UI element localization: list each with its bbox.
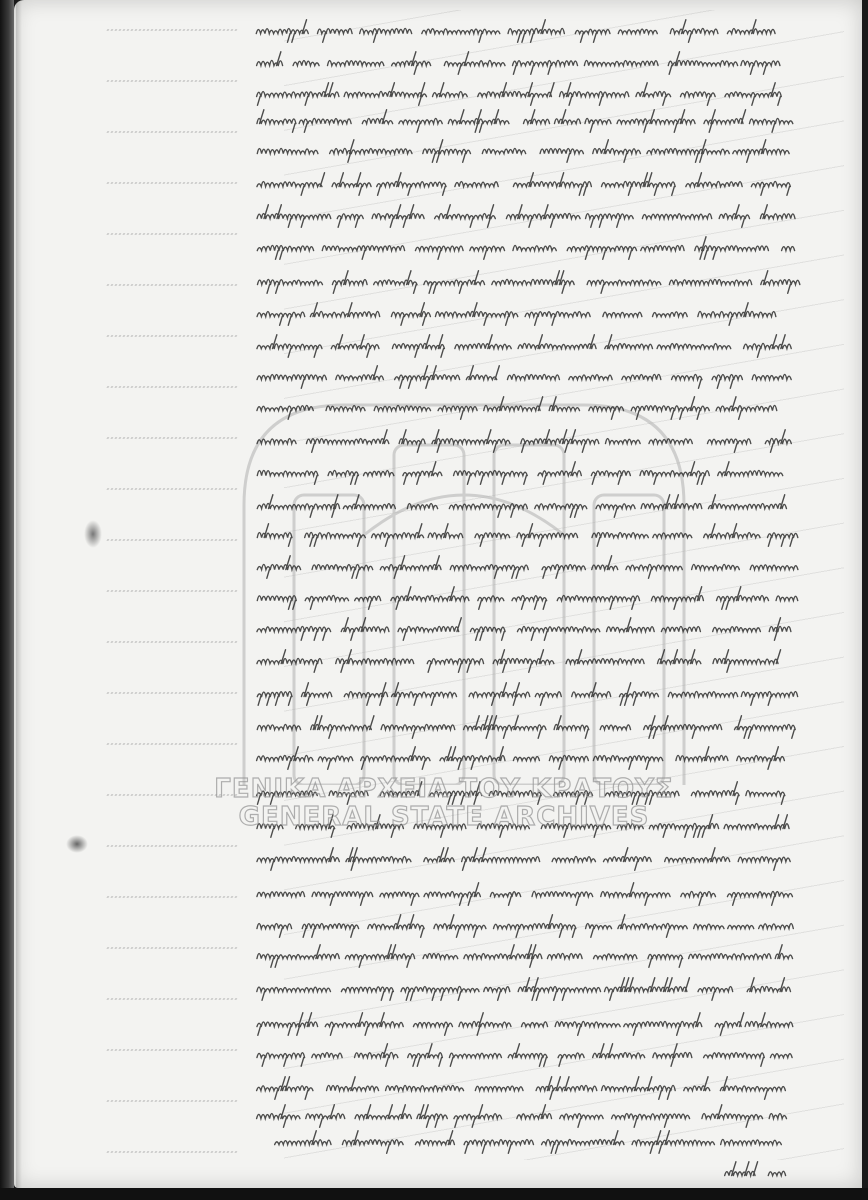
handwritten-line	[216, 138, 835, 160]
ink-blot	[84, 520, 102, 548]
handwritten-line	[216, 235, 835, 257]
handwritten-line	[216, 493, 835, 515]
handwritten-line	[216, 943, 830, 965]
handwritten-line	[216, 1075, 825, 1097]
page-fold-shadow	[16, 0, 22, 1188]
handwritten-line	[216, 171, 830, 193]
handwritten-line	[216, 616, 830, 638]
manuscript-page: ΓΕΝΙΚΑ ΑΡΧΕΙΑ ΤΟΥ ΚΡΑΤΟΥΣ GENERAL STATE …	[14, 0, 862, 1188]
handwritten-line	[216, 846, 830, 868]
handwritten-line	[216, 18, 820, 40]
handwritten-line	[235, 1129, 830, 1151]
handwritten-line	[216, 714, 835, 736]
handwritten-line	[216, 1042, 830, 1064]
handwritten-line	[216, 913, 830, 935]
handwritten-line	[216, 1011, 830, 1033]
ink-blot	[66, 835, 88, 853]
handwritten-line	[216, 364, 832, 386]
handwritten-line	[216, 648, 830, 670]
handwritten-line	[216, 554, 835, 576]
handwritten-line	[216, 333, 830, 355]
handwritten-line	[216, 522, 835, 544]
watermark-english: GENERAL STATE ARCHIVES	[184, 803, 704, 831]
handwritten-line	[216, 269, 838, 291]
handwritten-line	[720, 1160, 790, 1182]
handwritten-line	[216, 681, 835, 703]
handwritten-line	[216, 81, 825, 103]
handwritten-line	[216, 428, 832, 450]
handwritten-line	[216, 585, 835, 607]
handwritten-line	[216, 203, 832, 225]
handwritten-line	[216, 1103, 825, 1125]
archive-watermark: ΓΕΝΙΚΑ ΑΡΧΕΙΑ ΤΟΥ ΚΡΑΤΟΥΣ GENERAL STATE …	[184, 775, 704, 831]
handwritten-line	[216, 460, 835, 482]
handwritten-line	[216, 976, 828, 998]
handwritten-line	[216, 745, 825, 767]
handwritten-line	[216, 108, 830, 130]
handwritten-line	[216, 301, 832, 323]
handwritten-line	[216, 881, 830, 903]
scan-border-bottom	[0, 1188, 868, 1200]
handwritten-line	[216, 395, 830, 417]
handwritten-line	[216, 50, 825, 72]
scan-border-left	[0, 0, 14, 1200]
watermark-greek: ΓΕΝΙΚΑ ΑΡΧΕΙΑ ΤΟΥ ΚΡΑΤΟΥΣ	[184, 775, 704, 803]
